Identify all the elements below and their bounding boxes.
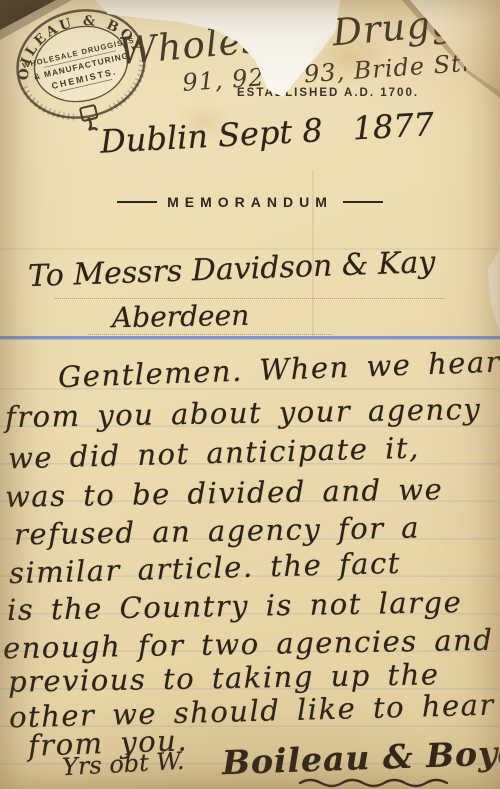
- recipient-line: To Messrs Davidson & Kay: [28, 245, 436, 294]
- memorandum-label: MEMORANDUM: [167, 194, 333, 210]
- letter-page: Wholesale Druggists. 91, 92 & 93, Bride …: [0, 0, 500, 789]
- blue-rule: [0, 336, 500, 340]
- signature-underline-icon: [298, 776, 468, 788]
- city-rule: [88, 334, 333, 335]
- memo-dash-left: [117, 201, 157, 203]
- memo-dash-right: [343, 201, 383, 203]
- recipient-rule: [55, 298, 445, 299]
- memorandum-heading: MEMORANDUM: [0, 194, 500, 210]
- body-line: refused an agency for a: [14, 510, 421, 551]
- established-line: ESTABLISHED A.D. 1700.: [237, 87, 419, 99]
- dateline-year: 1877: [352, 105, 435, 147]
- recipient-city: Aberdeen: [112, 299, 250, 334]
- right-edge-chip: [486, 248, 500, 334]
